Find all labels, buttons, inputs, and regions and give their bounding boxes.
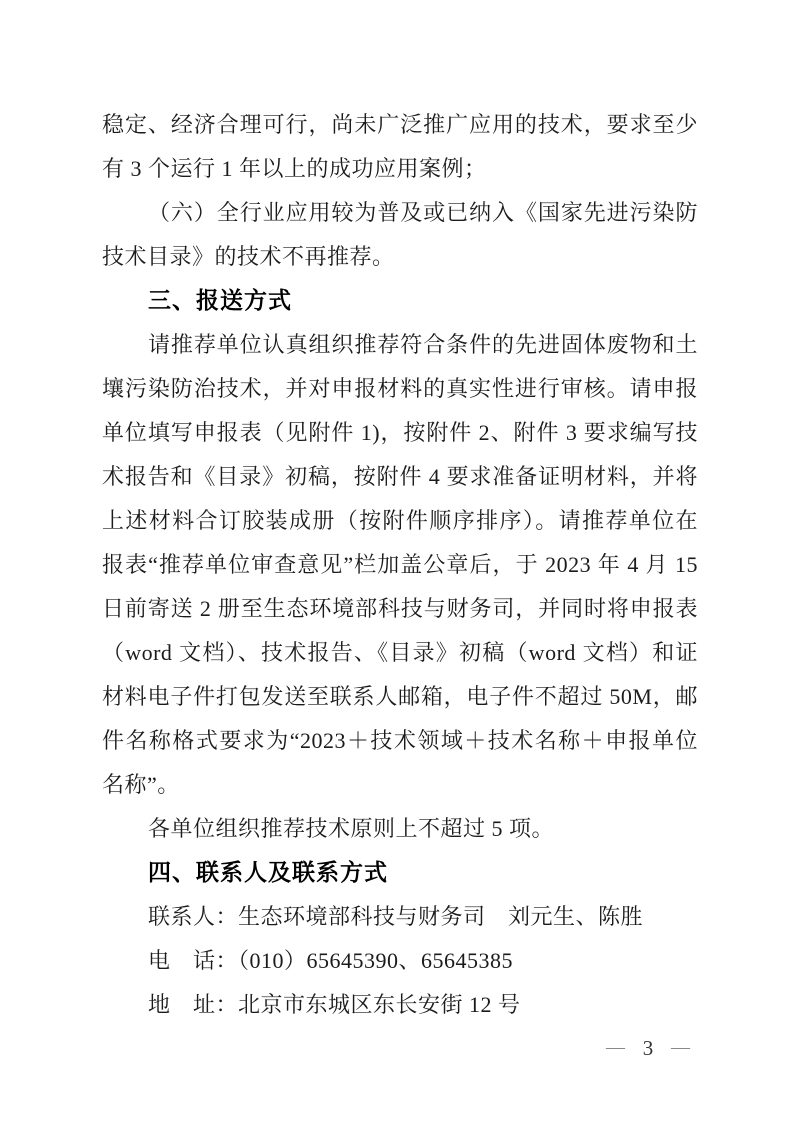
- doc-line: 上述材料合订胶装成册（按附件顺序排序）。请推荐单位在申: [102, 499, 698, 543]
- page-number: — 3 —: [606, 1034, 690, 1062]
- doc-line: 日前寄送 2 册至生态环境部科技与财务司，并同时将申报表: [102, 587, 698, 631]
- contact-address-line: 地 址：北京市东城区东长安街 12 号: [102, 983, 698, 1027]
- doc-line: 材料电子件打包发送至联系人邮箱，电子件不超过 50M，邮: [102, 675, 698, 719]
- contact-person-line: 联系人：生态环境部科技与财务司 刘元生、陈胜: [102, 895, 698, 939]
- doc-line: 术报告和《目录》初稿，按附件 4 要求准备证明材料，并将: [102, 455, 698, 499]
- section-heading-contacts: 四、联系人及联系方式: [102, 851, 698, 895]
- doc-line: 请推荐单位认真组织推荐符合条件的先进固体废物和土: [102, 323, 698, 367]
- doc-line: 名称”。: [102, 763, 698, 807]
- doc-line: 件名称格式要求为“2023＋技术领域＋技术名称＋申报单位: [102, 719, 698, 763]
- doc-line: （六）全行业应用较为普及或已纳入《国家先进污染防治: [102, 191, 698, 235]
- page-number-left-dash: —: [606, 1037, 625, 1059]
- page-number-value: 3: [643, 1036, 654, 1061]
- doc-line: 各单位组织推荐技术原则上不超过 5 项。: [102, 807, 698, 851]
- doc-line: （word 文档）、技术报告、《目录》初稿（word 文档）和证明: [102, 631, 698, 675]
- document-body: 稳定、经济合理可行，尚未广泛推广应用的技术，要求至少 有 3 个运行 1 年以上…: [102, 103, 698, 1027]
- doc-line: 有 3 个运行 1 年以上的成功应用案例；: [102, 147, 698, 191]
- doc-line: 稳定、经济合理可行，尚未广泛推广应用的技术，要求至少: [102, 103, 698, 147]
- doc-line: 壤污染防治技术，并对申报材料的真实性进行审核。请申报: [102, 367, 698, 411]
- contact-phone-line: 电 话：（010）65645390、65645385: [102, 939, 698, 983]
- section-heading-report-method: 三、报送方式: [102, 279, 698, 323]
- doc-line: 报表“推荐单位审查意见”栏加盖公章后，于 2023 年 4 月 15: [102, 543, 698, 587]
- page-number-right-dash: —: [671, 1037, 690, 1059]
- document-page: 稳定、经济合理可行，尚未广泛推广应用的技术，要求至少 有 3 个运行 1 年以上…: [0, 0, 800, 1132]
- doc-line: 单位填写申报表（见附件 1)，按附件 2、附件 3 要求编写技: [102, 411, 698, 455]
- doc-line: 技术目录》的技术不再推荐。: [102, 235, 698, 279]
